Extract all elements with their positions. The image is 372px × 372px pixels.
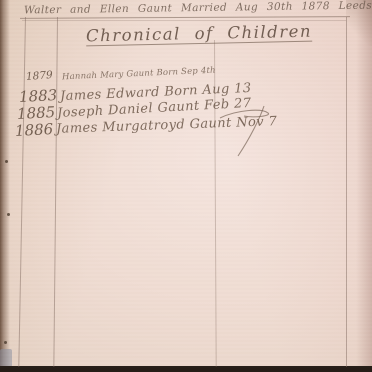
book-binding-edge-shadow — [0, 0, 10, 372]
ruled-line-left-margin — [18, 17, 26, 367]
header-rule-line-secondary — [22, 20, 346, 21]
bottom-left-patch — [0, 349, 12, 367]
entry-year: 1886 — [15, 120, 54, 140]
binding-dot — [7, 213, 10, 216]
binding-dot — [5, 160, 8, 163]
binding-dot — [4, 341, 7, 344]
ruled-line-right-margin — [346, 17, 347, 367]
header-rule-line — [20, 16, 350, 19]
marriage-record-line: Walter and Ellen Gaunt Married Aug 30th … — [24, 0, 372, 16]
page-right-edge-shadow — [356, 0, 372, 372]
photo-bottom-edge — [0, 366, 372, 372]
pen-flourish — [218, 104, 282, 160]
entry-year: 1879 — [26, 69, 54, 83]
ruled-line-year-column — [53, 17, 58, 367]
ledger-page-photo: Walter and Ellen Gaunt Married Aug 30th … — [0, 0, 372, 372]
page-title: Chronical of Children — [86, 22, 312, 46]
entry-text: Hannah Mary Gaunt Born Sep 4th — [62, 66, 216, 83]
